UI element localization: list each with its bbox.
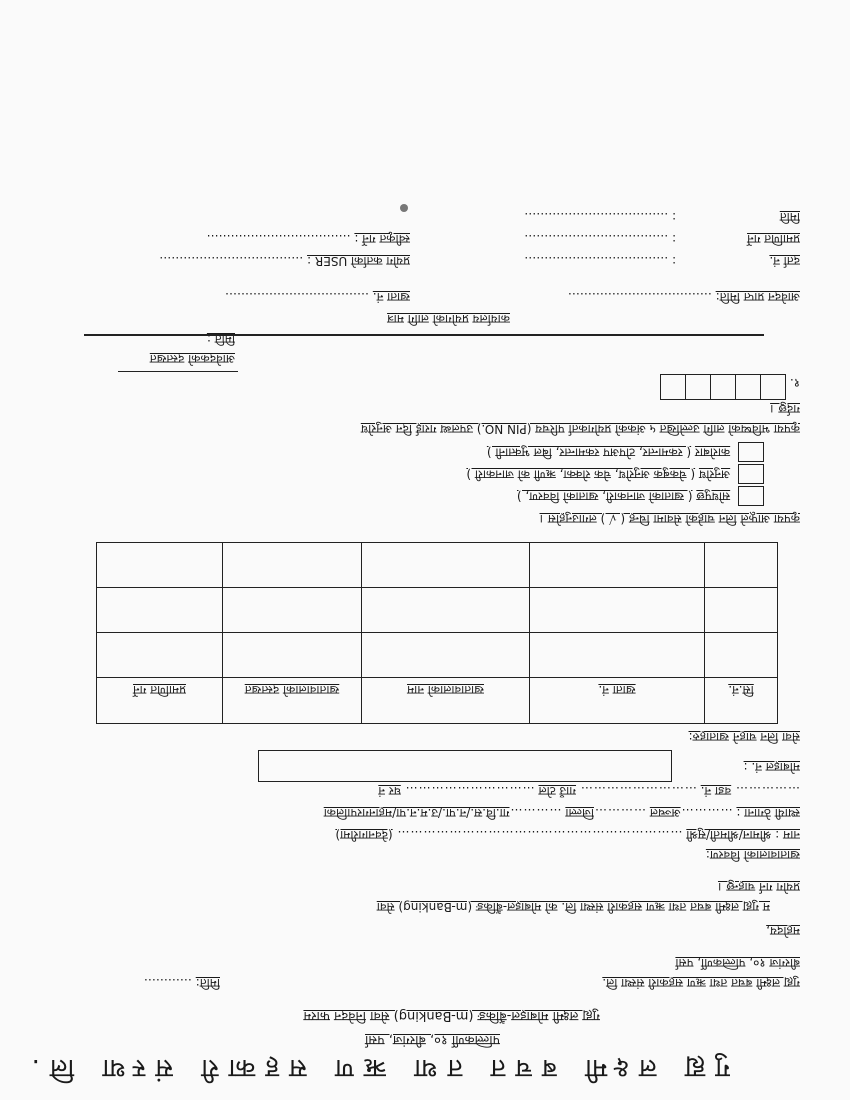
inquiry-label: सोधपुछ — [696, 490, 730, 504]
office-date-label: मिति — [680, 209, 800, 226]
section-divider — [84, 335, 764, 337]
office-account-field[interactable]: ……………………………… — [225, 290, 369, 304]
col-serial: सि.नं. — [705, 678, 778, 724]
user-row: प्रयोग कर्ताको USER : ……………………………… — [159, 253, 410, 270]
request-detail: ( चेकबुक अनुरोध, चेक रोक्का, ऋणी को जानक… — [466, 468, 695, 482]
col-account-no: खाता नं. — [530, 678, 705, 724]
request-paragraph-cont: प्रयोग गर्न चाहन्छु । — [718, 879, 800, 896]
cell[interactable] — [223, 633, 362, 678]
address-label: स्थायी ठेगाना : — [736, 806, 800, 820]
scan-speck — [400, 204, 408, 212]
form-title: गुह्य लक्ष्मी मोबाइल-बैंकिङ (m-Banking) … — [303, 1008, 600, 1026]
cut-off-org-title: गुह्य लक्ष्मी बचत तथा ऋण सहकारी संस्था ल… — [22, 1052, 730, 1088]
user-label: प्रयोग कर्ताको USER : — [307, 254, 410, 268]
received-date-label: आवेदन प्राप्त मिति: — [716, 290, 800, 304]
name-suffix: (देवनागरीमा) — [335, 828, 392, 842]
cell[interactable] — [530, 633, 705, 678]
verified-by-label: प्रमाणित गर्ने — [680, 231, 800, 248]
serial-field[interactable]: ……………………………… — [524, 254, 668, 268]
pin-digit-4[interactable] — [685, 374, 711, 400]
serial-label: दर्ता नं. — [680, 253, 800, 270]
name-label: नाम : श्रीमान/श्रीमती/सुश्री — [686, 828, 800, 842]
tole-label: गाउँ टोल — [538, 784, 576, 798]
table-row — [97, 588, 778, 633]
mobile-label: मोबाइल नं. : — [744, 759, 800, 776]
municipality-label: गा.वि.स./न.पा./उ.म.न.पा/महानगरपालिका — [324, 806, 510, 820]
applicant-name-row: नाम : श्रीमान/श्रीमती/सुश्री ……………………………… — [335, 827, 800, 844]
office-date-field[interactable]: ……………………………… — [524, 210, 668, 224]
col-holder-signature: खातावालाको दस्तखत — [223, 678, 362, 724]
transaction-checkbox[interactable] — [738, 442, 764, 462]
date-label-text: मिति: — [196, 976, 220, 990]
salutation: महोदय, — [766, 923, 800, 940]
table-row — [97, 633, 778, 678]
received-date-row: आवेदन प्राप्त मिति: ……………………………… — [568, 289, 800, 306]
received-date-field[interactable]: ……………………………… — [568, 290, 712, 304]
col-verified-by: प्रमाणित गर्ने — [97, 678, 223, 724]
cell[interactable] — [362, 588, 530, 633]
cell[interactable] — [705, 588, 778, 633]
office-use-title: कार्यालय प्रयोगको लागि मात्र — [387, 311, 510, 328]
table-header-row: सि.नं. खाता नं. खातावालाको नाम खातावालाक… — [97, 678, 778, 724]
pin-digit-3[interactable] — [710, 374, 736, 400]
request-label: अनुरोध — [699, 468, 730, 482]
house-label: घर नं — [378, 784, 400, 798]
cell[interactable] — [362, 633, 530, 678]
pin-digit-1[interactable] — [760, 374, 786, 400]
cell[interactable] — [97, 633, 223, 678]
col-holder-name: खातावालाको नाम — [362, 678, 530, 724]
pin-digit-5[interactable] — [660, 374, 686, 400]
mobile-number-input[interactable] — [258, 750, 672, 782]
verified-row: प्रमाणित गर्ने : ……………………………… — [524, 231, 800, 248]
pin-instruction: कृपया भविष्यको लागि उल्लेखित ५ अंकको प्र… — [361, 421, 800, 438]
approved-by-field[interactable]: ……………………………… — [207, 232, 351, 246]
signature-label: आवेदकको दस्तखत — [150, 351, 235, 368]
cell[interactable] — [223, 588, 362, 633]
cell[interactable] — [223, 543, 362, 588]
addressee-line2: बीरगंज १०, पल्लिकर्णी, पर्सा — [675, 955, 800, 972]
pin-prefix: १. — [790, 375, 800, 392]
serial-row: दर्ता नं. : ……………………………… — [524, 253, 800, 270]
inquiry-checkbox[interactable] — [738, 486, 764, 506]
cell[interactable] — [362, 543, 530, 588]
cell[interactable] — [705, 543, 778, 588]
signature-line — [118, 371, 238, 372]
request-paragraph: म गुह्य लक्ष्मी बचत तथा ऋण सहकारी संस्था… — [377, 899, 770, 916]
request-checkbox[interactable] — [738, 464, 764, 484]
verified-by-field[interactable]: ……………………………… — [524, 232, 668, 246]
name-field[interactable]: ………………………………………………………… — [396, 828, 682, 842]
address-row: स्थायी ठेगाना : …………अञ्चल …………जिल्ला ………… — [324, 805, 800, 822]
cell[interactable] — [705, 633, 778, 678]
transaction-detail: ( रकमान्तर, टोपअप रकमान्तर, बिल भुक्तानी… — [487, 446, 691, 460]
cell[interactable] — [530, 588, 705, 633]
office-account-label: खाता नं. — [373, 290, 410, 304]
accounts-caption: सेवा लिन चाहने खाताहरु: — [689, 729, 800, 746]
pin-digit-boxes — [660, 374, 785, 400]
zone-label: अञ्चल — [650, 806, 681, 820]
ward-label: वडा नं. — [701, 784, 732, 798]
org-address: पल्लिकर्णी १०, बीरगंज, पर्सा — [365, 1032, 500, 1050]
accounts-table: सि.नं. खाता नं. खातावालाको नाम खातावालाक… — [96, 542, 778, 724]
inquiry-detail: ( खाताको जानकारी, खाताको विवरण, ) — [517, 490, 693, 504]
cell[interactable] — [97, 543, 223, 588]
service-option-request[interactable]: अनुरोध ( चेकबुक अनुरोध, चेक रोक्का, ऋणी … — [466, 464, 764, 484]
service-option-transaction[interactable]: कारोबार ( रकमान्तर, टोपअप रकमान्तर, बिल … — [487, 442, 764, 462]
office-date-row: मिति : ……………………………… — [524, 209, 800, 226]
transaction-label: कारोबार — [695, 446, 730, 460]
cell[interactable] — [530, 543, 705, 588]
applicant-section-title: खातावालाको विवरण: — [706, 847, 800, 864]
table-row — [97, 543, 778, 588]
approved-by-label: स्वीकृत गर्ने : — [354, 232, 410, 246]
pin-instruction-end: गर्दछु । — [770, 401, 800, 418]
scanned-form-page: गुह्य लक्ष्मी बचत तथा ऋण सहकारी संस्था ल… — [0, 0, 850, 1100]
ward-row: …………… वडा नं. ……………………… गाउँ टोल …………………… — [378, 783, 800, 800]
cell[interactable] — [97, 588, 223, 633]
user-field[interactable]: ……………………………… — [159, 254, 303, 268]
pin-digit-2[interactable] — [735, 374, 761, 400]
date-field[interactable]: ………… — [144, 976, 192, 990]
service-option-inquiry[interactable]: सोधपुछ ( खाताको जानकारी, खाताको विवरण, ) — [517, 486, 764, 506]
date-label: मिति: ………… — [144, 975, 220, 992]
approved-row: स्वीकृत गर्ने : ……………………………… — [207, 231, 410, 248]
district-label: जिल्ला — [565, 806, 594, 820]
office-account-row: खाता नं. ……………………………… — [225, 289, 410, 306]
services-instruction: कृपया आफूले लिन चाहेको सेवामा चिन्ह ( √ … — [540, 511, 800, 528]
addressee-line1: गुह्य लक्ष्मी बचत तथा ऋण सहकारी संस्था ल… — [602, 975, 800, 992]
